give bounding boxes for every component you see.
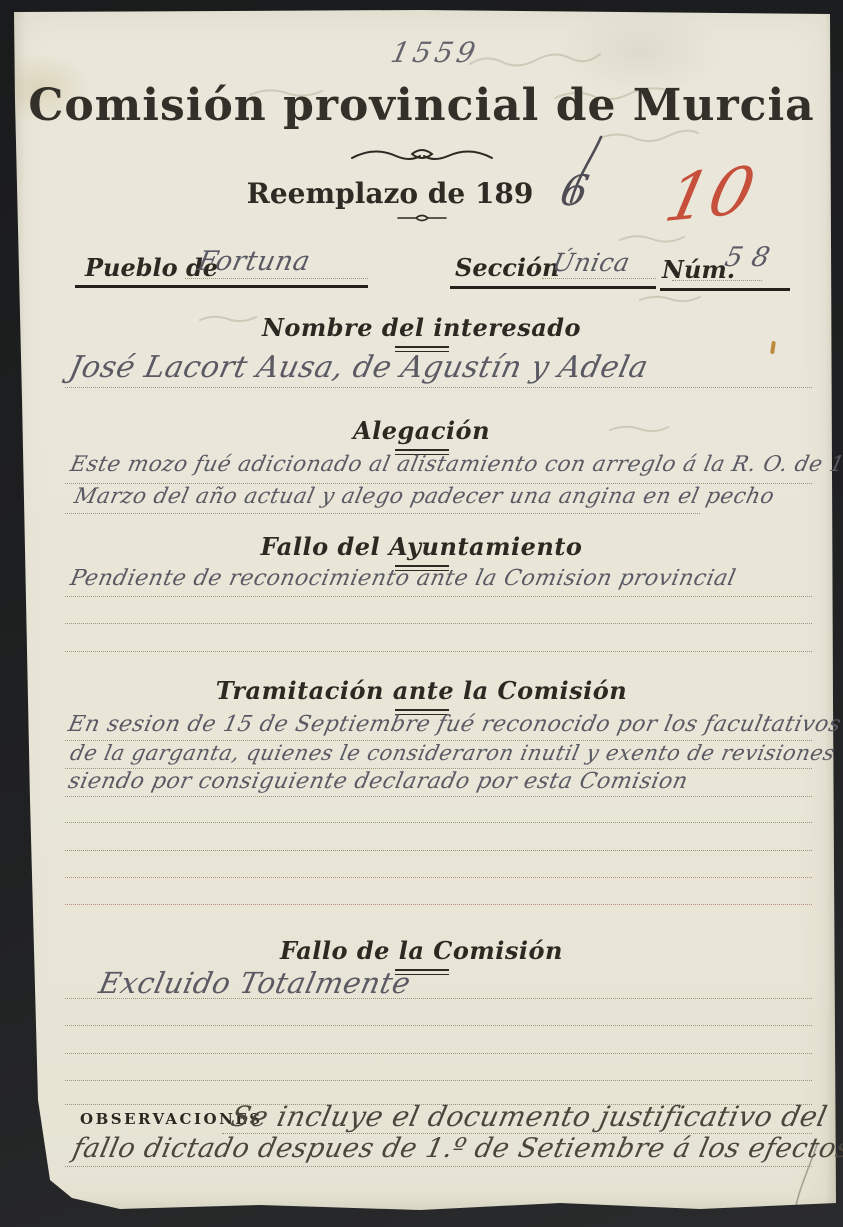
pueblo-write-line: [185, 278, 368, 279]
alegacion-heading-text: Alegación: [353, 416, 490, 445]
alegacion-line2: Marzo del año actual y alego padecer una…: [72, 484, 777, 509]
observaciones-line2: fallo dictado despues de 1.º de Setiembr…: [70, 1133, 843, 1164]
observaciones-line1: Se incluye el documento justificativo de…: [228, 1100, 830, 1133]
write-line: [65, 796, 812, 797]
write-line: [65, 1053, 812, 1054]
tramitacion-heading: Tramitación ante la Comisión: [0, 676, 843, 715]
write-line: [65, 822, 812, 823]
write-line: [65, 513, 700, 514]
num-write-line: [672, 280, 762, 281]
seccion-value: Única: [550, 248, 633, 277]
tramitacion-line1: En sesion de 15 de Septiembre fué recono…: [66, 712, 843, 737]
write-line: [65, 1025, 812, 1026]
document-title: Comisión provincial de Murcia: [0, 80, 843, 131]
nombre-section-heading: Nombre del interesado: [0, 313, 843, 352]
tramitacion-line2: de la garganta, quienes le consideraron …: [68, 741, 837, 765]
write-line: [65, 651, 812, 652]
write-line: [65, 877, 812, 878]
seccion-write-line: [542, 278, 656, 279]
pueblo-underline: [75, 285, 368, 288]
tramitacion-line3: siendo por consiguiente declarado por es…: [66, 769, 690, 794]
scanned-document-photo: 1559 Comisión provincial de Murcia Reemp…: [0, 0, 843, 1227]
nombre-heading-text: Nombre del interesado: [262, 313, 581, 342]
write-line: [65, 596, 812, 597]
fallo-ayuntamiento-heading-text: Fallo del Ayuntamiento: [261, 532, 583, 561]
write-line: [65, 1166, 812, 1167]
write-line: [65, 850, 812, 851]
write-line: [65, 904, 812, 905]
write-line: [65, 387, 812, 388]
write-line: [65, 998, 812, 999]
num-value: 5 8: [722, 242, 773, 273]
nombre-value: José Lacort Ausa, de Agustín y Adela: [66, 350, 651, 385]
write-line: [65, 623, 812, 624]
pueblo-value: Fortuna: [195, 246, 313, 277]
fallo-ayuntamiento-line1: Pendiente de reconocimiento ante la Comi…: [68, 566, 738, 591]
fallo-comision-heading-text: Fallo de la Comisión: [280, 936, 563, 965]
replacement-label: Reemplazo de 189: [0, 177, 780, 210]
alegacion-section-heading: Alegación: [0, 416, 843, 455]
tramitacion-heading-text: Tramitación ante la Comisión: [216, 676, 627, 705]
archive-number: 1559: [388, 36, 482, 69]
alegacion-line1: Este mozo fué adicionado al alistamiento…: [68, 452, 843, 477]
num-underline: [660, 288, 790, 291]
fallo-comision-line1: Excluido Totalmente: [96, 966, 414, 1000]
write-line: [65, 1080, 812, 1081]
seccion-underline: [450, 286, 656, 289]
